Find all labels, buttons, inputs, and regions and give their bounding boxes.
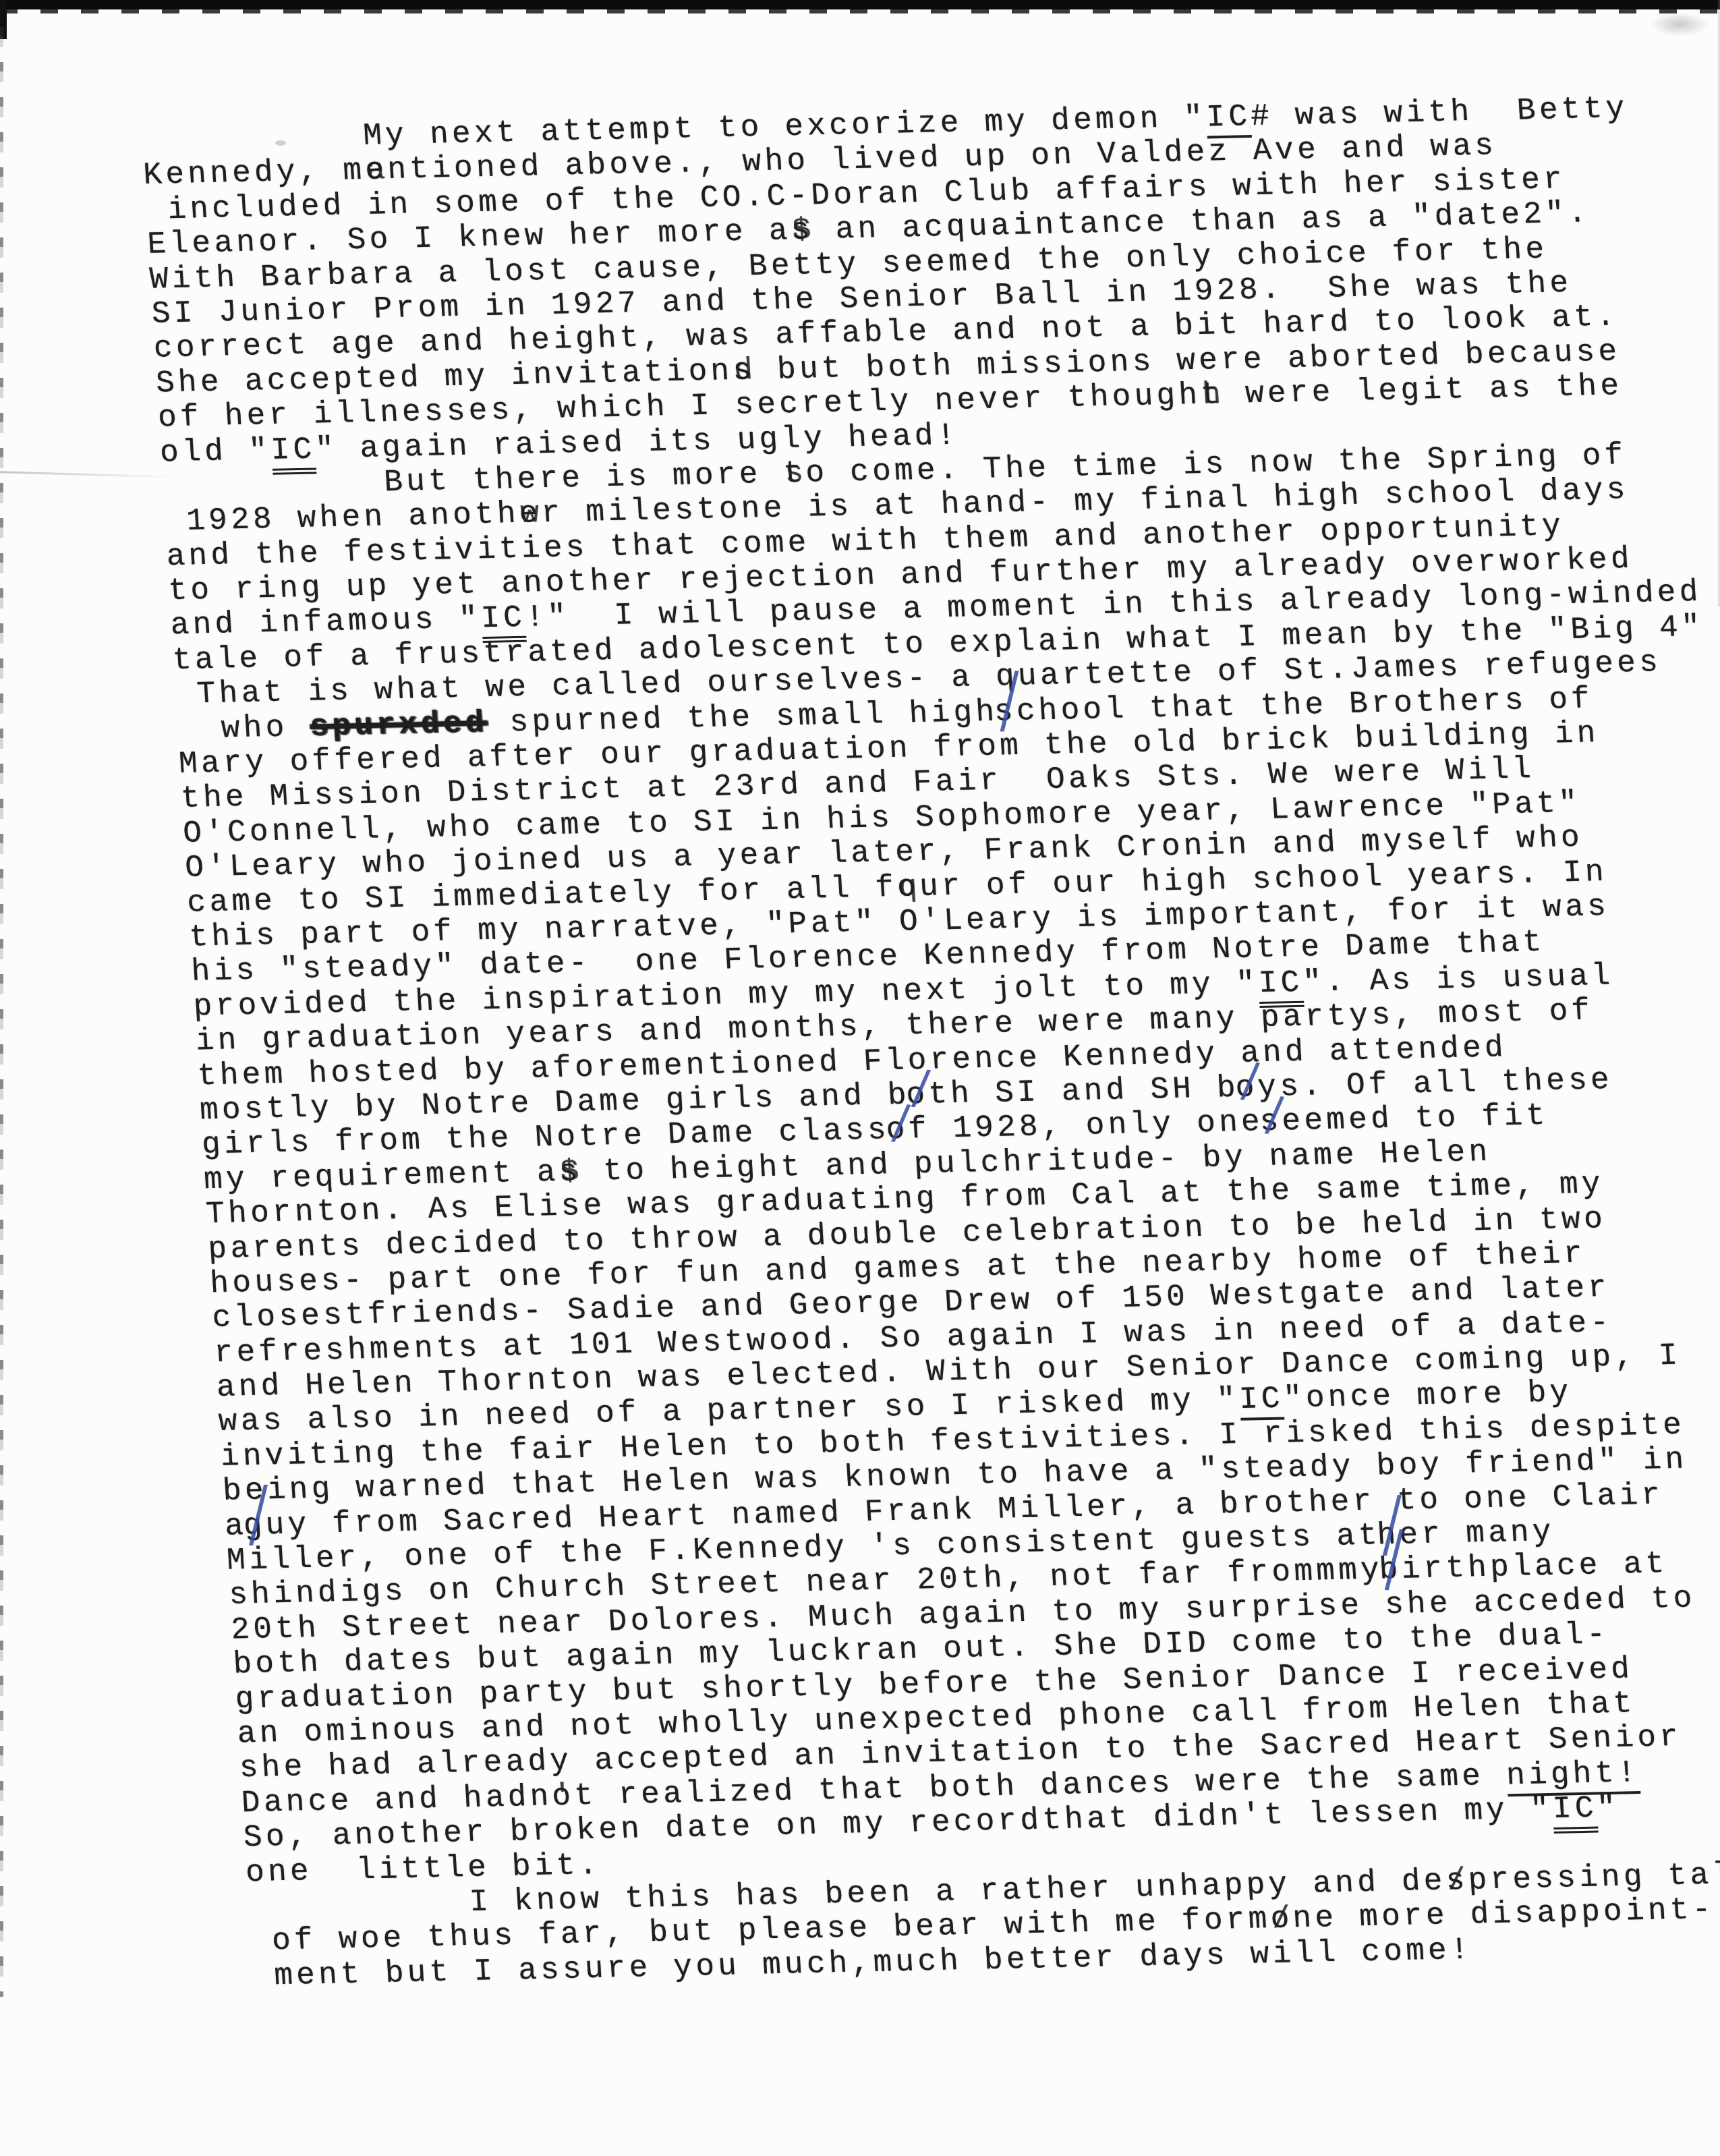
text-segment: pressing tale — [1467, 1856, 1720, 1898]
underlined-text: IC — [1238, 1382, 1285, 1421]
overstruck-character: t — [782, 456, 807, 492]
underlined-text: IC — [1205, 99, 1252, 138]
typewritten-text: My next attempt to excorize my demon "IC… — [140, 90, 1720, 1994]
overstruck-character: o — [551, 1778, 575, 1814]
scan-top-right-smudge — [1639, 8, 1720, 40]
scan-top-edge-bar — [0, 0, 1720, 9]
text-segment: " — [1596, 1790, 1620, 1826]
pen-slash-mark: / — [1381, 1487, 1381, 1581]
overstruck-character: s — [1445, 1863, 1469, 1899]
scanned-document-page: { "page": { "kind": "scanned typewritten… — [0, 0, 1720, 2156]
underlined-text: IC — [1552, 1791, 1599, 1834]
paper-crease-line — [0, 471, 179, 478]
overstruck-character: t — [1200, 377, 1224, 413]
struck-out-word: spurxded — [309, 706, 488, 745]
overstruck-character: s — [558, 1154, 582, 1190]
scan-left-edge-scratches — [0, 27, 3, 1997]
overstruck-character: s — [790, 212, 814, 248]
overstruck-character: e — [364, 152, 389, 188]
text-segment: who — [220, 709, 311, 746]
underlined-text: night! — [1506, 1755, 1641, 1796]
overstruck-character: o — [1269, 1902, 1294, 1937]
pen-slash-mark: / — [1383, 1522, 1383, 1616]
overstruck-character: e — [518, 496, 542, 532]
overstruck-character: o — [896, 870, 921, 905]
text-segment: seemed to fit — [1259, 1098, 1549, 1139]
overstruck-character: s — [732, 353, 756, 389]
text-segment: old " — [159, 432, 273, 470]
text-segment: Kennedy, m — [142, 153, 366, 193]
scan-top-edge-ragged — [0, 9, 1720, 13]
